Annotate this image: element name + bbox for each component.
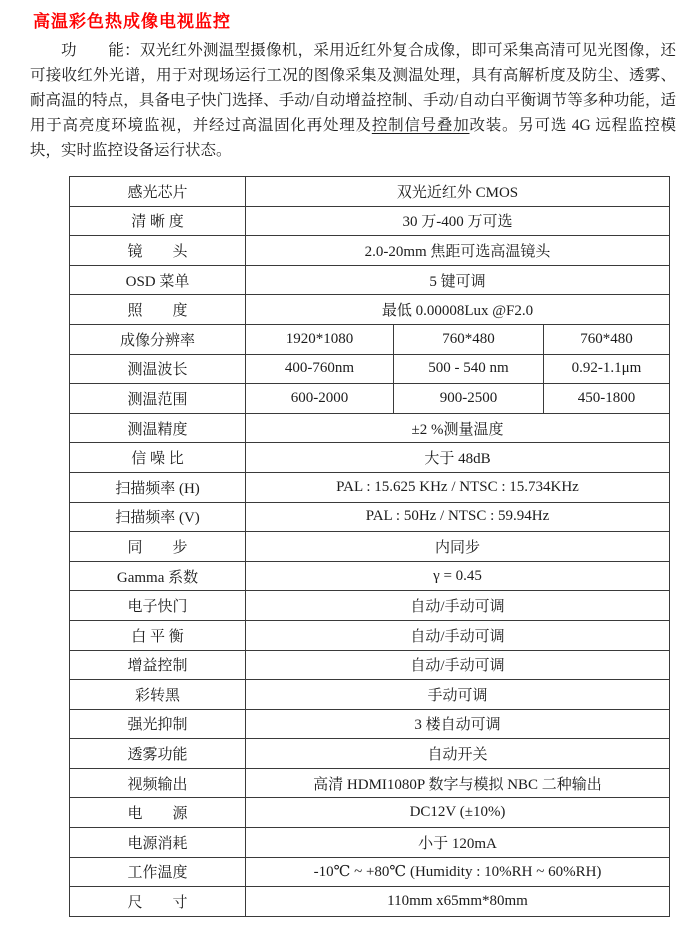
spec-label: 彩转黑 bbox=[70, 680, 246, 710]
spec-value: 110mm x65mm*80mm bbox=[246, 887, 670, 917]
spec-value: PAL : 15.625 KHz / NTSC : 15.734KHz bbox=[246, 472, 670, 502]
spec-value: 2.0-20mm 焦距可选高温镜头 bbox=[246, 236, 670, 266]
spec-value: 自动开关 bbox=[246, 739, 670, 769]
table-row: 视频输出 高清 HDMI1080P 数字与模拟 NBC 二种输出 bbox=[70, 768, 670, 798]
table-row: 电 源 DC12V (±10%) bbox=[70, 798, 670, 828]
spec-label: 照 度 bbox=[70, 295, 246, 325]
spec-label: 视频输出 bbox=[70, 768, 246, 798]
spec-label: 扫描频率 (V) bbox=[70, 502, 246, 532]
table-row: 强光抑制 3 楼自动可调 bbox=[70, 709, 670, 739]
table-row: OSD 菜单 5 键可调 bbox=[70, 265, 670, 295]
spec-label: 测温范围 bbox=[70, 384, 246, 414]
spec-label: 白 平 衡 bbox=[70, 620, 246, 650]
spec-label: 感光芯片 bbox=[70, 177, 246, 207]
spec-value: 900-2500 bbox=[394, 384, 544, 414]
table-row: 电源消耗 小于 120mA bbox=[70, 828, 670, 858]
spec-value: 手动可调 bbox=[246, 680, 670, 710]
spec-label: 电源消耗 bbox=[70, 828, 246, 858]
spec-label: 清 晰 度 bbox=[70, 206, 246, 236]
table-row: 电子快门 自动/手动可调 bbox=[70, 591, 670, 621]
spec-label: 强光抑制 bbox=[70, 709, 246, 739]
spec-label: 电 源 bbox=[70, 798, 246, 828]
table-row: 感光芯片 双光近红外 CMOS bbox=[70, 177, 670, 207]
spec-value: 1920*1080 bbox=[246, 324, 394, 354]
table-row: 扫描频率 (H) PAL : 15.625 KHz / NTSC : 15.73… bbox=[70, 472, 670, 502]
spec-value: 760*480 bbox=[394, 324, 544, 354]
table-row: 测温精度 ±2 %测量温度 bbox=[70, 413, 670, 443]
table-row: 清 晰 度 30 万-400 万可选 bbox=[70, 206, 670, 236]
spec-value: 自动/手动可调 bbox=[246, 620, 670, 650]
spec-label: 测温波长 bbox=[70, 354, 246, 384]
table-row: 增益控制 自动/手动可调 bbox=[70, 650, 670, 680]
spec-label: 成像分辨率 bbox=[70, 324, 246, 354]
spec-value: 0.92-1.1μm bbox=[544, 354, 670, 384]
spec-value: 高清 HDMI1080P 数字与模拟 NBC 二种输出 bbox=[246, 768, 670, 798]
table-row: 照 度 最低 0.00008Lux @F2.0 bbox=[70, 295, 670, 325]
spec-label: 扫描频率 (H) bbox=[70, 472, 246, 502]
spec-label: 镜 头 bbox=[70, 236, 246, 266]
table-row: 扫描频率 (V) PAL : 50Hz / NTSC : 59.94Hz bbox=[70, 502, 670, 532]
spec-label: Gamma 系数 bbox=[70, 561, 246, 591]
page-title: 高温彩色热成像电视监控 bbox=[33, 11, 700, 33]
spec-label: 电子快门 bbox=[70, 591, 246, 621]
spec-label: 工作温度 bbox=[70, 857, 246, 887]
table-row: 工作温度 -10℃ ~ +80℃ (Humidity : 10%RH ~ 60%… bbox=[70, 857, 670, 887]
spec-value: 5 键可调 bbox=[246, 265, 670, 295]
spec-value: -10℃ ~ +80℃ (Humidity : 10%RH ~ 60%RH) bbox=[246, 857, 670, 887]
underlined-phrase: 控制信号叠加 bbox=[372, 117, 470, 134]
spec-value: 自动/手动可调 bbox=[246, 650, 670, 680]
spec-value: PAL : 50Hz / NTSC : 59.94Hz bbox=[246, 502, 670, 532]
spec-label: OSD 菜单 bbox=[70, 265, 246, 295]
function-paragraph: 功 能：双光红外测温型摄像机，采用近红外复合成像，即可采集高清可见光图像，还可接… bbox=[30, 38, 676, 163]
spec-value: 最低 0.00008Lux @F2.0 bbox=[246, 295, 670, 325]
spec-value: 自动/手动可调 bbox=[246, 591, 670, 621]
table-row: 同 步 内同步 bbox=[70, 532, 670, 562]
spec-value: 3 楼自动可调 bbox=[246, 709, 670, 739]
spec-label: 透雾功能 bbox=[70, 739, 246, 769]
spec-label: 同 步 bbox=[70, 532, 246, 562]
spec-table: 感光芯片 双光近红外 CMOS 清 晰 度 30 万-400 万可选 镜 头 2… bbox=[69, 176, 670, 917]
spec-value: 400-760nm bbox=[246, 354, 394, 384]
table-row: Gamma 系数 γ = 0.45 bbox=[70, 561, 670, 591]
spec-value: 500 - 540 nm bbox=[394, 354, 544, 384]
table-row: 测温波长 400-760nm 500 - 540 nm 0.92-1.1μm bbox=[70, 354, 670, 384]
table-row: 成像分辨率 1920*1080 760*480 760*480 bbox=[70, 324, 670, 354]
table-row: 信 噪 比 大于 48dB bbox=[70, 443, 670, 473]
spec-value: γ = 0.45 bbox=[246, 561, 670, 591]
spec-label: 测温精度 bbox=[70, 413, 246, 443]
table-row: 透雾功能 自动开关 bbox=[70, 739, 670, 769]
table-row: 测温范围 600-2000 900-2500 450-1800 bbox=[70, 384, 670, 414]
table-row: 尺 寸 110mm x65mm*80mm bbox=[70, 887, 670, 917]
spec-label: 信 噪 比 bbox=[70, 443, 246, 473]
spec-label: 增益控制 bbox=[70, 650, 246, 680]
spec-label: 尺 寸 bbox=[70, 887, 246, 917]
spec-value: 450-1800 bbox=[544, 384, 670, 414]
spec-value: 大于 48dB bbox=[246, 443, 670, 473]
table-row: 彩转黑 手动可调 bbox=[70, 680, 670, 710]
spec-value: 内同步 bbox=[246, 532, 670, 562]
spec-value: 30 万-400 万可选 bbox=[246, 206, 670, 236]
table-row: 镜 头 2.0-20mm 焦距可选高温镜头 bbox=[70, 236, 670, 266]
spec-value: ±2 %测量温度 bbox=[246, 413, 670, 443]
table-row: 白 平 衡 自动/手动可调 bbox=[70, 620, 670, 650]
spec-value: DC12V (±10%) bbox=[246, 798, 670, 828]
spec-value: 760*480 bbox=[544, 324, 670, 354]
spec-value: 双光近红外 CMOS bbox=[246, 177, 670, 207]
spec-value: 小于 120mA bbox=[246, 828, 670, 858]
spec-value: 600-2000 bbox=[246, 384, 394, 414]
